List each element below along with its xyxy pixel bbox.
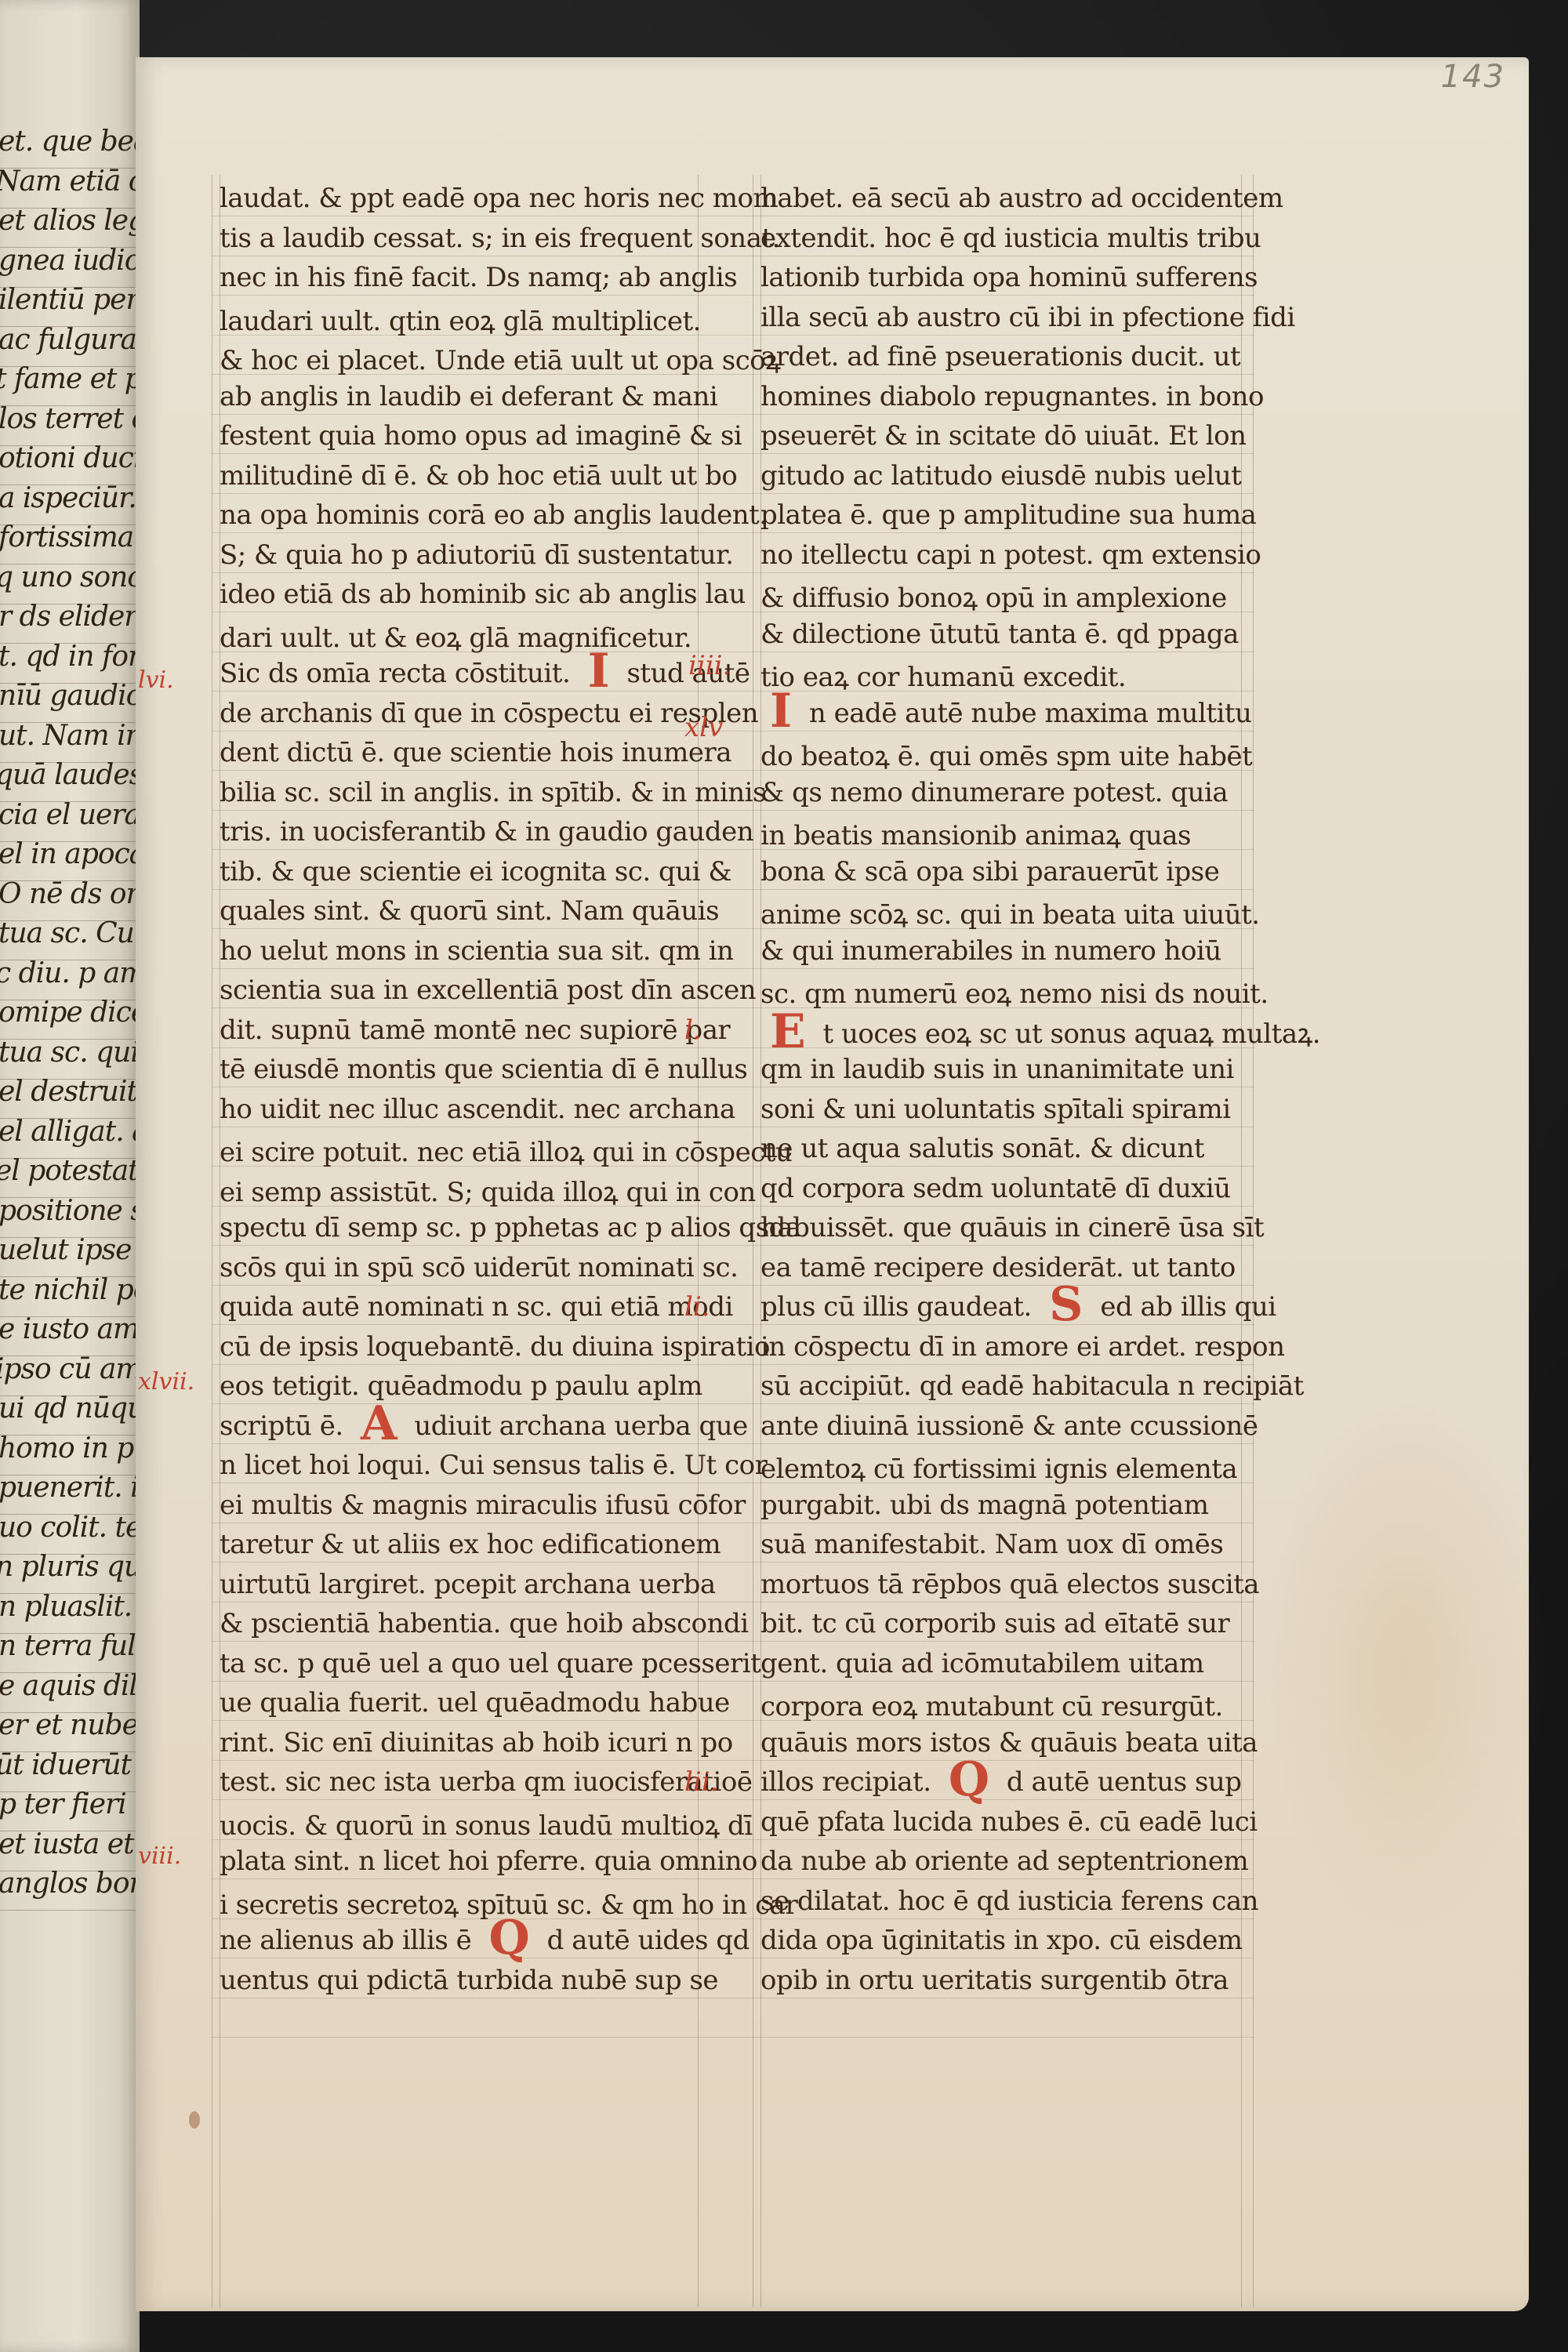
facing-text-line: t. qd in fortitudine	[0, 641, 140, 673]
facing-text-line: tua sc. qui uerus	[0, 1036, 140, 1069]
text-line: tē eiusdē montis que scientia dī ē nullu…	[220, 1054, 747, 1085]
text-line: bona & scā opa sibi parauerūt ipse	[760, 856, 1219, 887]
ruling-line-horizontal	[212, 1602, 1254, 1602]
ruling-line-horizontal	[212, 414, 1254, 415]
facing-text-line: el in apocalipsi sua	[0, 838, 140, 870]
text-line: lationib turbida opa hominū sufferens	[760, 262, 1258, 293]
ruling-line-horizontal	[212, 1562, 1254, 1563]
facing-text-line: ut. Nam in omib iudi	[0, 720, 140, 752]
text-line: de archanis dī que in cōspectu ei resple…	[220, 698, 758, 729]
text-line: ho uidit nec illuc ascendit. nec archana	[220, 1094, 735, 1125]
text-line: plus cū illis gaudeat. S ed ab illis qui	[760, 1291, 1276, 1323]
ruling-line-horizontal	[212, 1958, 1254, 1958]
text-line: extendit. hoc ē qd iusticia multis tribu	[760, 223, 1261, 254]
text-line: n licet hoi loqui. Cui sensus talis ē. U…	[220, 1450, 767, 1481]
marginal-chapter-number: l.	[684, 1014, 702, 1046]
text-line: S; & quia ho p adiutoriū dī sustentatur.	[220, 539, 734, 571]
text-line: dida opa ūginitatis in xpo. cū eisdem	[760, 1925, 1243, 1956]
text-line: purgabit. ubi ds magnā potentiam	[760, 1490, 1208, 1521]
facing-text-line: q uno sono resona	[0, 561, 140, 593]
ruling-line-horizontal	[212, 810, 1254, 811]
facing-page-left: et. que beati spc studiNam etiā cū ds he…	[0, 0, 140, 2352]
text-line: homines diabolo repugnantes. in bono	[760, 381, 1264, 412]
text-line: ta sc. p quē uel a quo uel quare pcesser…	[220, 1648, 760, 1679]
facing-marginal-numeral: xlvii.	[138, 1368, 194, 1396]
text-line: uentus qui pdictā turbida nubē sup se	[220, 1965, 718, 1996]
facing-text-line: c diu. p amorē	[0, 957, 140, 989]
text-line: & dilectione ūtutū tanta ē. qd ppaga	[760, 619, 1239, 650]
text-line: soni & uni uoluntatis spītali spirami	[760, 1094, 1231, 1125]
marginal-chapter-number: xlv	[684, 712, 723, 743]
text-line: habuissēt. que quāuis in cinerē ūsa sīt	[760, 1212, 1264, 1243]
text-line: quē pfata lucida nubes ē. cū eadē luci	[760, 1806, 1258, 1838]
text-line: da nube ab oriente ad septentrionem	[760, 1846, 1248, 1877]
facing-text-line: p ter fieri	[0, 1788, 126, 1820]
text-line: eos tetigit. quēadmodu p paulu aplm	[220, 1370, 702, 1402]
ruling-line-horizontal	[212, 532, 1254, 533]
facing-text-line: otioni ducit	[0, 442, 140, 474]
text-line: in cōspectu dī in amore ei ardet. respon	[760, 1331, 1284, 1363]
text-line: rint. Sic enī diuinitas ab hoib icuri n …	[220, 1727, 733, 1759]
facing-text-line: Nam etiā cū ds h	[0, 165, 140, 198]
facing-text-line: ipso cū amari	[0, 1353, 140, 1385]
facing-text-line: cia el uera et iusta	[0, 799, 140, 831]
text-line: ardet. ad finē pseuerationis ducit. ut	[760, 341, 1240, 372]
facing-text-line: O nē ds omip	[0, 878, 140, 910]
rubricated-initial: Q	[949, 1766, 989, 1793]
ruling-line-horizontal	[212, 493, 1254, 494]
facing-text-line: r ds eliderat. a urtu	[0, 601, 140, 633]
text-line: cū de ipsis loquebantē. du diuina ispira…	[220, 1331, 770, 1363]
text-line: tio eaꝝ cor humanū excedit.	[760, 658, 1126, 694]
facing-text-line: fortissima tuba	[0, 521, 140, 554]
ruling-line-horizontal	[212, 1324, 1254, 1325]
facing-text-line: los terret et	[0, 403, 140, 435]
text-line: & qui inumerabiles in numero hoiū	[760, 935, 1221, 967]
text-line: & hoc ei placet. Unde etiā uult ut opa s…	[220, 341, 780, 377]
facing-text-line: uo colit. te	[0, 1512, 140, 1544]
text-line: ideo etiā ds ab hominib sic ab anglis la…	[220, 579, 746, 610]
facing-text-line: ac fulgura et	[0, 324, 140, 356]
ruling-line-horizontal	[212, 2037, 1254, 2038]
ruling-line-horizontal	[212, 1285, 1254, 1286]
text-line: ne ut aqua salutis sonāt. & dicunt	[760, 1133, 1204, 1164]
ruling-line-horizontal	[212, 968, 1254, 969]
text-line: platea ē. que p amplitudine sua huma	[760, 499, 1256, 531]
text-line: tris. in uocisferantib & in gaudio gaude…	[220, 816, 753, 848]
facing-text-line: el potestates depri	[0, 1155, 140, 1187]
facing-text-line: puenerit. ita	[0, 1472, 140, 1504]
folio-number: 143	[1441, 59, 1505, 95]
ruling-line-horizontal	[212, 216, 1254, 216]
marginal-chapter-number: lii.	[684, 1766, 718, 1798]
text-line: spectu dī semp sc. p pphetas ac p alios …	[220, 1212, 801, 1243]
text-line: no itellectu capi n potest. qm extensio	[760, 539, 1261, 571]
rubricated-initial: I	[770, 698, 792, 724]
text-line: na opa hominis corā eo ab anglis laudent…	[220, 499, 768, 531]
text-line: scientia sua in excellentiā post dīn asc…	[220, 975, 756, 1006]
facing-text-line: el destruit. et uera	[0, 1076, 140, 1108]
text-line: gent. quia ad icōmutabilem uitam	[760, 1648, 1204, 1679]
facing-marginal-numeral: viii.	[138, 1842, 181, 1870]
text-line: pseuerēt & in scitate dō uiuāt. Et lon	[760, 420, 1247, 452]
ruling-line-horizontal	[212, 1760, 1254, 1761]
text-line: do beatoꝝ ē. qui omēs spm uite habēt	[760, 737, 1252, 773]
manuscript-page: 143 laudat. & ppt eadē opa nec horis nec…	[136, 57, 1529, 2311]
text-line: militudinē dī ē. & ob hoc etiā uult ut b…	[220, 460, 737, 492]
facing-text-line: n pluaslit. qd	[0, 1591, 140, 1623]
ruling-line-vertical	[212, 175, 212, 2307]
text-line: ei semp assistūt. S; quida illoꝝ qui in …	[220, 1173, 756, 1209]
facing-text-line: a ispeciūr. uirtu	[0, 482, 140, 514]
text-line: se dilatat. hoc ē qd iusticia ferens can	[760, 1886, 1258, 1917]
ink-stain	[189, 2111, 200, 2129]
text-line: gitudo ac latitudo eiusdē nubis uelut	[760, 460, 1241, 492]
text-line: uirtutū largiret. pcepit archana uerba	[220, 1569, 716, 1600]
facing-text-line: e iusto amori	[0, 1313, 140, 1345]
text-line: & qs nemo dinumerare potest. quia	[760, 777, 1228, 808]
text-line: test. sic nec ista uerba qm iuocisferati…	[220, 1766, 753, 1798]
text-line: ei multis & magnis miraculis ifusū cōfor	[220, 1490, 746, 1521]
ruling-line-horizontal	[212, 1799, 1254, 1800]
text-line: & diffusio bonoꝝ opū in amplexione	[760, 579, 1227, 615]
text-line: taretur & ut aliis ex hoc edificationem	[220, 1529, 720, 1560]
facing-text-line: positione sua falsum	[0, 1195, 140, 1227]
facing-text-line: n pluris qui a	[0, 1551, 140, 1583]
facing-text-line: omipe dicens	[0, 996, 140, 1029]
rubricated-initial: I	[588, 658, 610, 684]
text-line: elemtoꝝ cū fortissimi ignis elementa	[760, 1450, 1237, 1486]
text-line: plata sint. n licet hoi pferre. quia omn…	[220, 1846, 757, 1877]
text-line: Sic ds omīa recta cōstituit. I stud autē	[220, 658, 750, 689]
text-line: illa secū ab austro cū ibi in pfectione …	[760, 302, 1295, 333]
rubricated-initial: E	[770, 1018, 805, 1045]
facing-text-line: tua sc. Cui sensus	[0, 917, 140, 949]
text-line: ei scire potuit. nec etiā illoꝝ qui in c…	[220, 1133, 792, 1169]
facing-text-line: ūt iduerūt	[0, 1749, 131, 1781]
ruling-line-horizontal	[212, 1245, 1254, 1246]
text-line: & pscientiā habentia. que hoib abscondi	[220, 1608, 749, 1639]
text-line: tis a laudib cessat. s; in eis frequent …	[220, 223, 780, 254]
text-line: mortuos tā rēpbos quā electos suscita	[760, 1569, 1259, 1600]
rubricated-initial: A	[361, 1410, 397, 1437]
text-line: tib. & que scientie ei icognita sc. qui …	[220, 856, 731, 887]
ruling-line-horizontal	[212, 1641, 1254, 1642]
facing-text-line: ilentiū pemal	[0, 284, 140, 316]
facing-text-line: t fame et pestilen	[0, 363, 140, 395]
text-line: quāuis mors istos & quāuis beata uita	[760, 1727, 1258, 1759]
text-line: anime scōꝝ sc. qui in beata uita uiuūt.	[760, 895, 1260, 931]
text-line: uocis. & quorū in sonus laudū multioꝝ dī	[220, 1806, 753, 1842]
facing-text-line: n terra fulgu	[0, 1630, 140, 1662]
ruling-line-horizontal	[212, 1087, 1254, 1087]
text-line: ne alienus ab illis ē Q d autē uides qd	[220, 1925, 750, 1956]
text-line: dari uult. ut & eoꝝ glā magnificetur.	[220, 619, 691, 655]
marginal-chapter-number: li.	[684, 1291, 710, 1323]
facing-text-line: er et nubes	[0, 1709, 140, 1741]
text-line: nec in his finē facit. Ds namq; ab angli…	[220, 262, 737, 293]
text-line: sc. qm numerū eoꝝ nemo nisi ds nouit.	[760, 975, 1269, 1011]
text-line: ea tamē recipere desiderāt. ut tanto	[760, 1252, 1236, 1283]
text-line: bit. tc cū corporib suis ad eītatē sur	[760, 1608, 1229, 1639]
ruling-line-horizontal	[212, 1523, 1254, 1523]
facing-text-line: et iusta et	[0, 1828, 134, 1860]
text-line: E t uoces eoꝝ sc ut sonus aquaꝝ multaꝝ.	[760, 1014, 1320, 1051]
rubricated-initial: S	[1049, 1291, 1083, 1318]
text-line: qd corpora sedm uoluntatē dī duxiū	[760, 1173, 1231, 1204]
ruling-line-horizontal	[212, 453, 1254, 454]
text-line: laudat. & ppt eadē opa nec horis nec mom	[220, 183, 778, 214]
ruling-line-horizontal	[212, 256, 1254, 256]
text-line: ab anglis in laudib ei deferant & mani	[220, 381, 717, 412]
text-line: laudari uult. qtin eoꝝ glā multiplicet.	[220, 302, 701, 338]
text-line: ue qualia fuerit. uel quēadmodu habue	[220, 1687, 730, 1719]
text-line: dit. supnū tamē montē nec supiorē par	[220, 1014, 730, 1046]
facing-text-line: anglos bona	[0, 1867, 140, 1900]
facing-text-line: ui qd nūquā	[0, 1392, 140, 1425]
text-line: suā manifestabit. Nam uox dī omēs	[760, 1529, 1223, 1560]
text-line: festent quia homo opus ad imaginē & si	[220, 420, 742, 452]
text-line: habet. eā secū ab austro ad occidentem	[760, 183, 1283, 214]
facing-text-line: quā laudes dō dicun	[0, 759, 140, 791]
ruling-line-horizontal	[212, 1998, 1254, 1998]
text-line: in beatis mansionib animaꝝ quas	[760, 816, 1191, 852]
ruling-line-horizontal	[212, 731, 1254, 731]
facing-text-line: gnea iudicia pi	[0, 245, 140, 277]
text-line: scriptū ē. A udiuit archana uerba que	[220, 1410, 748, 1442]
text-line: I n eadē autē nube maxima multitu	[760, 698, 1251, 729]
ruling-line-horizontal	[212, 295, 1254, 296]
text-line: quida autē nominati n sc. qui etiā modi	[220, 1291, 733, 1323]
ruling-line-horizontal	[212, 889, 1254, 890]
facing-text-line: uelut ipse falsum	[0, 1234, 140, 1266]
facing-text-line: homo in pura	[0, 1432, 140, 1465]
facing-text-line: et. que beati spc studi	[0, 125, 140, 158]
facing-text-line: e aquis diluuii	[0, 1670, 140, 1702]
text-line: quales sint. & quorū sint. Nam quāuis	[220, 895, 719, 927]
ruling-line-horizontal	[212, 1127, 1254, 1127]
text-line: illos recipiat. Q d autē uentus sup	[760, 1766, 1242, 1798]
text-line: ante diuinā iussionē & ante ccussionē	[760, 1410, 1258, 1442]
ruling-line-horizontal	[212, 1364, 1254, 1365]
marginal-chapter-number: iiii.	[688, 650, 731, 681]
facing-text-line: el alligat. ac ueri	[0, 1116, 140, 1148]
facing-text-line: nīū gaudion unanim	[0, 680, 140, 712]
text-line: dent dictū ē. que scientie hois inumera	[220, 737, 731, 768]
rubricated-initial: Q	[489, 1925, 530, 1951]
facing-marginal-numeral: lvi.	[138, 666, 174, 694]
text-line: ho uelut mons in scientia sua sit. qm in	[220, 935, 733, 967]
facing-text-line: et alios legē hui	[0, 205, 140, 237]
text-line: qm in laudib suis in unanimitate uni	[760, 1054, 1234, 1085]
text-line: bilia sc. scil in anglis. in spītib. & i…	[220, 777, 766, 808]
ruling-line-horizontal	[212, 1681, 1254, 1682]
facing-ruling-line	[0, 1910, 140, 1911]
ruling-line-horizontal	[212, 572, 1254, 573]
ruling-line-horizontal	[212, 1878, 1254, 1879]
text-line: sū accipiūt. qd eadē habitacula n recipi…	[760, 1370, 1304, 1402]
text-line: opib in ortu ueritatis surgentib ōtra	[760, 1965, 1229, 1996]
text-line: corpora eoꝝ mutabunt cū resurgūt.	[760, 1687, 1223, 1723]
facing-text-line: te nichil posset	[0, 1274, 140, 1306]
text-line: scōs qui in spū scō uiderūt nominati sc.	[220, 1252, 738, 1283]
